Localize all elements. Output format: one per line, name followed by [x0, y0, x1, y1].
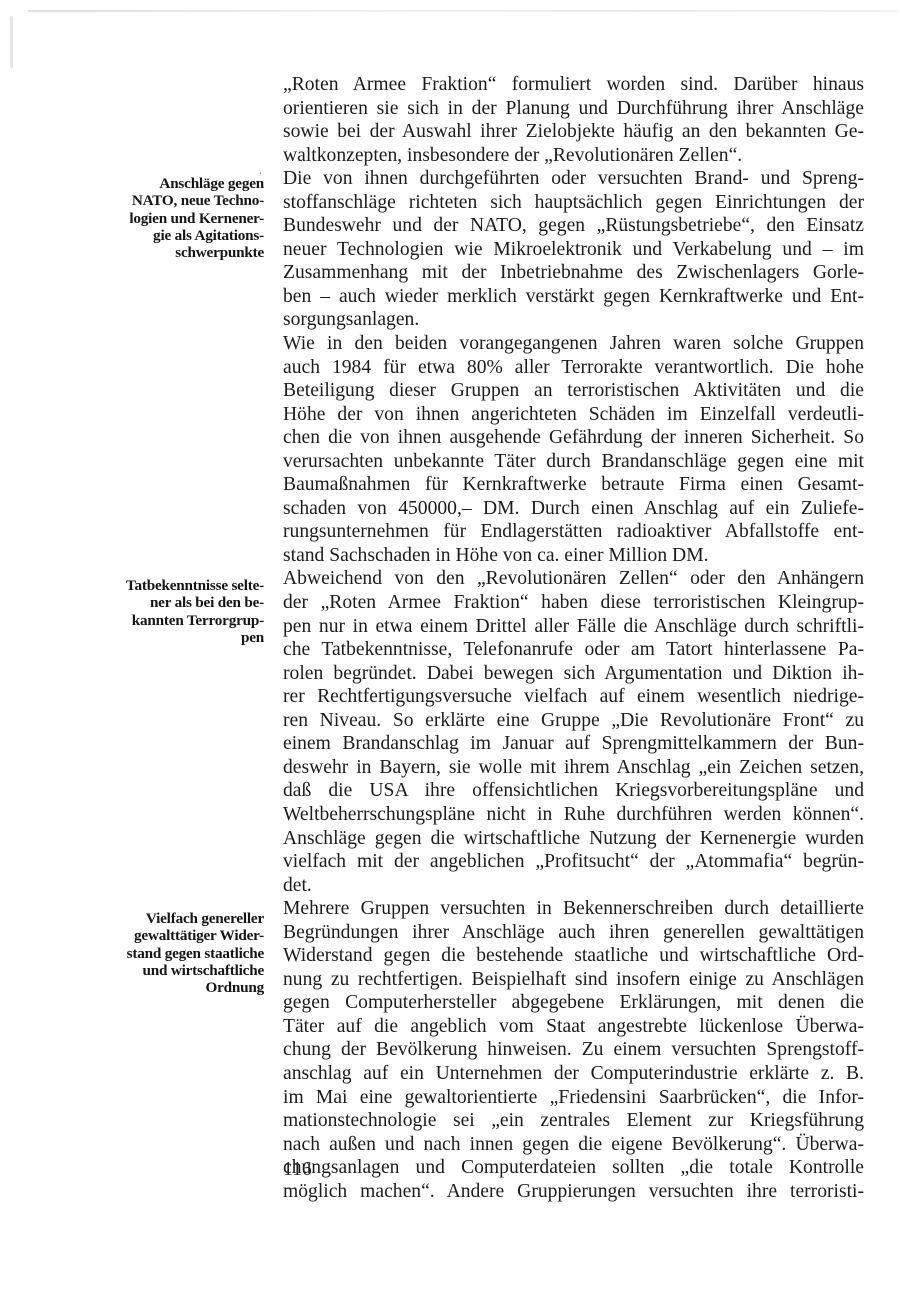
margin-note-violent-resistance: Vielfach genereller gewalttätiger Wider-…	[127, 910, 264, 996]
body-line: gegen Computerhersteller abgegebene Erkl…	[283, 991, 864, 1015]
body-line: det.	[283, 874, 864, 898]
margin-note-line: schwerpunkte	[129, 244, 264, 261]
body-line: stoffanschläge richteten sich hauptsächl…	[283, 191, 864, 215]
margin-note-line: kannten Terrorgrup-	[126, 612, 264, 629]
body-line: pen nur in etwa einem Drittel aller Fäll…	[283, 615, 864, 639]
margin-note-line: Tatbekenntnisse selte-	[126, 577, 264, 594]
body-line: der „Roten Armee Fraktion“ haben diese t…	[283, 591, 864, 615]
margin-note-claims-of-responsibility: Tatbekenntnisse selte- ner als bei den b…	[126, 577, 264, 646]
scan-speck: ʻ	[259, 170, 262, 180]
body-line: chungsanlagen und Computerdateien sollte…	[283, 1156, 864, 1180]
body-line: che Tatbekenntnisse, Telefonanrufe oder …	[283, 638, 864, 662]
body-line: deswehr in Bayern, sie wolle mit ihrem A…	[283, 756, 864, 780]
body-line: „Roten Armee Fraktion“ formuliert worden…	[283, 73, 864, 97]
body-line: ben – auch wieder merklich verstärkt geg…	[283, 285, 864, 309]
body-line: Begründungen ihrer Anschläge auch ihren …	[283, 921, 864, 945]
body-line: Widerstand gegen die bestehende staatlic…	[283, 944, 864, 968]
body-line: sowie bei der Auswahl ihrer Zielobjekte …	[283, 120, 864, 144]
margin-note-nato-technology-nuclear: Anschläge gegen NATO, neue Techno- logie…	[129, 175, 264, 261]
scan-edge-artifact	[28, 10, 898, 12]
body-line: im Mai eine gewaltorientierte „Friedensi…	[283, 1086, 864, 1110]
body-line: möglich machen“. Andere Gruppierungen ve…	[283, 1180, 864, 1204]
body-line: orientieren sie sich in der Planung und …	[283, 97, 864, 121]
body-line: chen die von ihnen ausgehende Gefährdung…	[283, 426, 864, 450]
body-line: Mehrere Gruppen versuchten in Bekennersc…	[283, 897, 864, 921]
scan-edge-artifact	[10, 16, 13, 68]
body-line: Täter auf die angeblich vom Staat angest…	[283, 1015, 864, 1039]
body-line: Bundeswehr und der NATO, gegen „Rüstungs…	[283, 214, 864, 238]
body-line: Baumaßnahmen für Kernkraftwerke betraute…	[283, 473, 864, 497]
body-line: chung der Bevölkerung hinweisen. Zu eine…	[283, 1038, 864, 1062]
body-line: rolen begründet. Dabei bewegen sich Argu…	[283, 662, 864, 686]
body-line: Beteiligung dieser Gruppen an terroristi…	[283, 379, 864, 403]
margin-note-line: gie als Agitations-	[129, 227, 264, 244]
body-line: Wie in den beiden vorangegangenen Jahren…	[283, 332, 864, 356]
body-line: rer Rechtfertigungsversuche vielfach auf…	[283, 685, 864, 709]
margin-note-line: stand gegen staatliche	[127, 945, 264, 962]
body-line: sorgungsanlagen.	[283, 308, 864, 332]
body-line: ren Niveau. So erklärte eine Gruppe „Die…	[283, 709, 864, 733]
margin-note-line: Anschläge gegen	[129, 175, 264, 192]
body-line: Höhe der von ihnen angerichteten Schäden…	[283, 403, 864, 427]
body-line: auch 1984 für etwa 80% aller Terrorakte …	[283, 356, 864, 380]
body-line: waltkonzepten, insbesondere der „Revolut…	[283, 144, 864, 168]
margin-note-line: Vielfach genereller	[127, 910, 264, 927]
margin-note-line: NATO, neue Techno-	[129, 192, 264, 209]
body-line: schaden von 450000,– DM. Durch einen Ans…	[283, 497, 864, 521]
margin-note-line: Ordnung	[127, 979, 264, 996]
margin-note-line: logien und Kernener-	[129, 210, 264, 227]
body-line: anschlag auf ein Unternehmen der Compute…	[283, 1062, 864, 1086]
page-number: 116	[283, 1159, 312, 1181]
margin-note-line: ner als bei den be-	[126, 594, 264, 611]
body-line: Anschläge gegen die wirtschaftliche Nutz…	[283, 827, 864, 851]
body-line: Zusammenhang mit der Inbetriebnahme des …	[283, 261, 864, 285]
body-line: Weltbeherrschungspläne nicht in Ruhe dur…	[283, 803, 864, 827]
document-page: Anschläge gegen NATO, neue Techno- logie…	[0, 0, 900, 1305]
margin-note-line: und wirtschaftliche	[127, 962, 264, 979]
body-line: neuer Technologien wie Mikroelektronik u…	[283, 238, 864, 262]
body-line: nung zu rechtfertigen. Beispielhaft sind…	[283, 968, 864, 992]
body-line: mationstechnologie sei „ein zentrales El…	[283, 1109, 864, 1133]
body-line: vielfach mit der angeblichen „Profitsuch…	[283, 850, 864, 874]
body-text-column: „Roten Armee Fraktion“ formuliert worden…	[283, 73, 864, 1203]
body-line: einem Brandanschlag im Januar auf Spreng…	[283, 732, 864, 756]
body-line: rungsunternehmen für Endlagerstätten rad…	[283, 520, 864, 544]
body-line: daß die USA ihre offensichtlichen Kriegs…	[283, 779, 864, 803]
body-line: nach außen und nach innen gegen die eige…	[283, 1133, 864, 1157]
margin-note-line: pen	[126, 629, 264, 646]
body-line: Die von ihnen durchgeführten oder versuc…	[283, 167, 864, 191]
body-line: verursachten unbekannte Täter durch Bran…	[283, 450, 864, 474]
body-line: Abweichend von den „Revolutionären Zelle…	[283, 567, 864, 591]
margin-note-line: gewalttätiger Wider-	[127, 927, 264, 944]
body-line: stand Sachschaden in Höhe von ca. einer …	[283, 544, 864, 568]
